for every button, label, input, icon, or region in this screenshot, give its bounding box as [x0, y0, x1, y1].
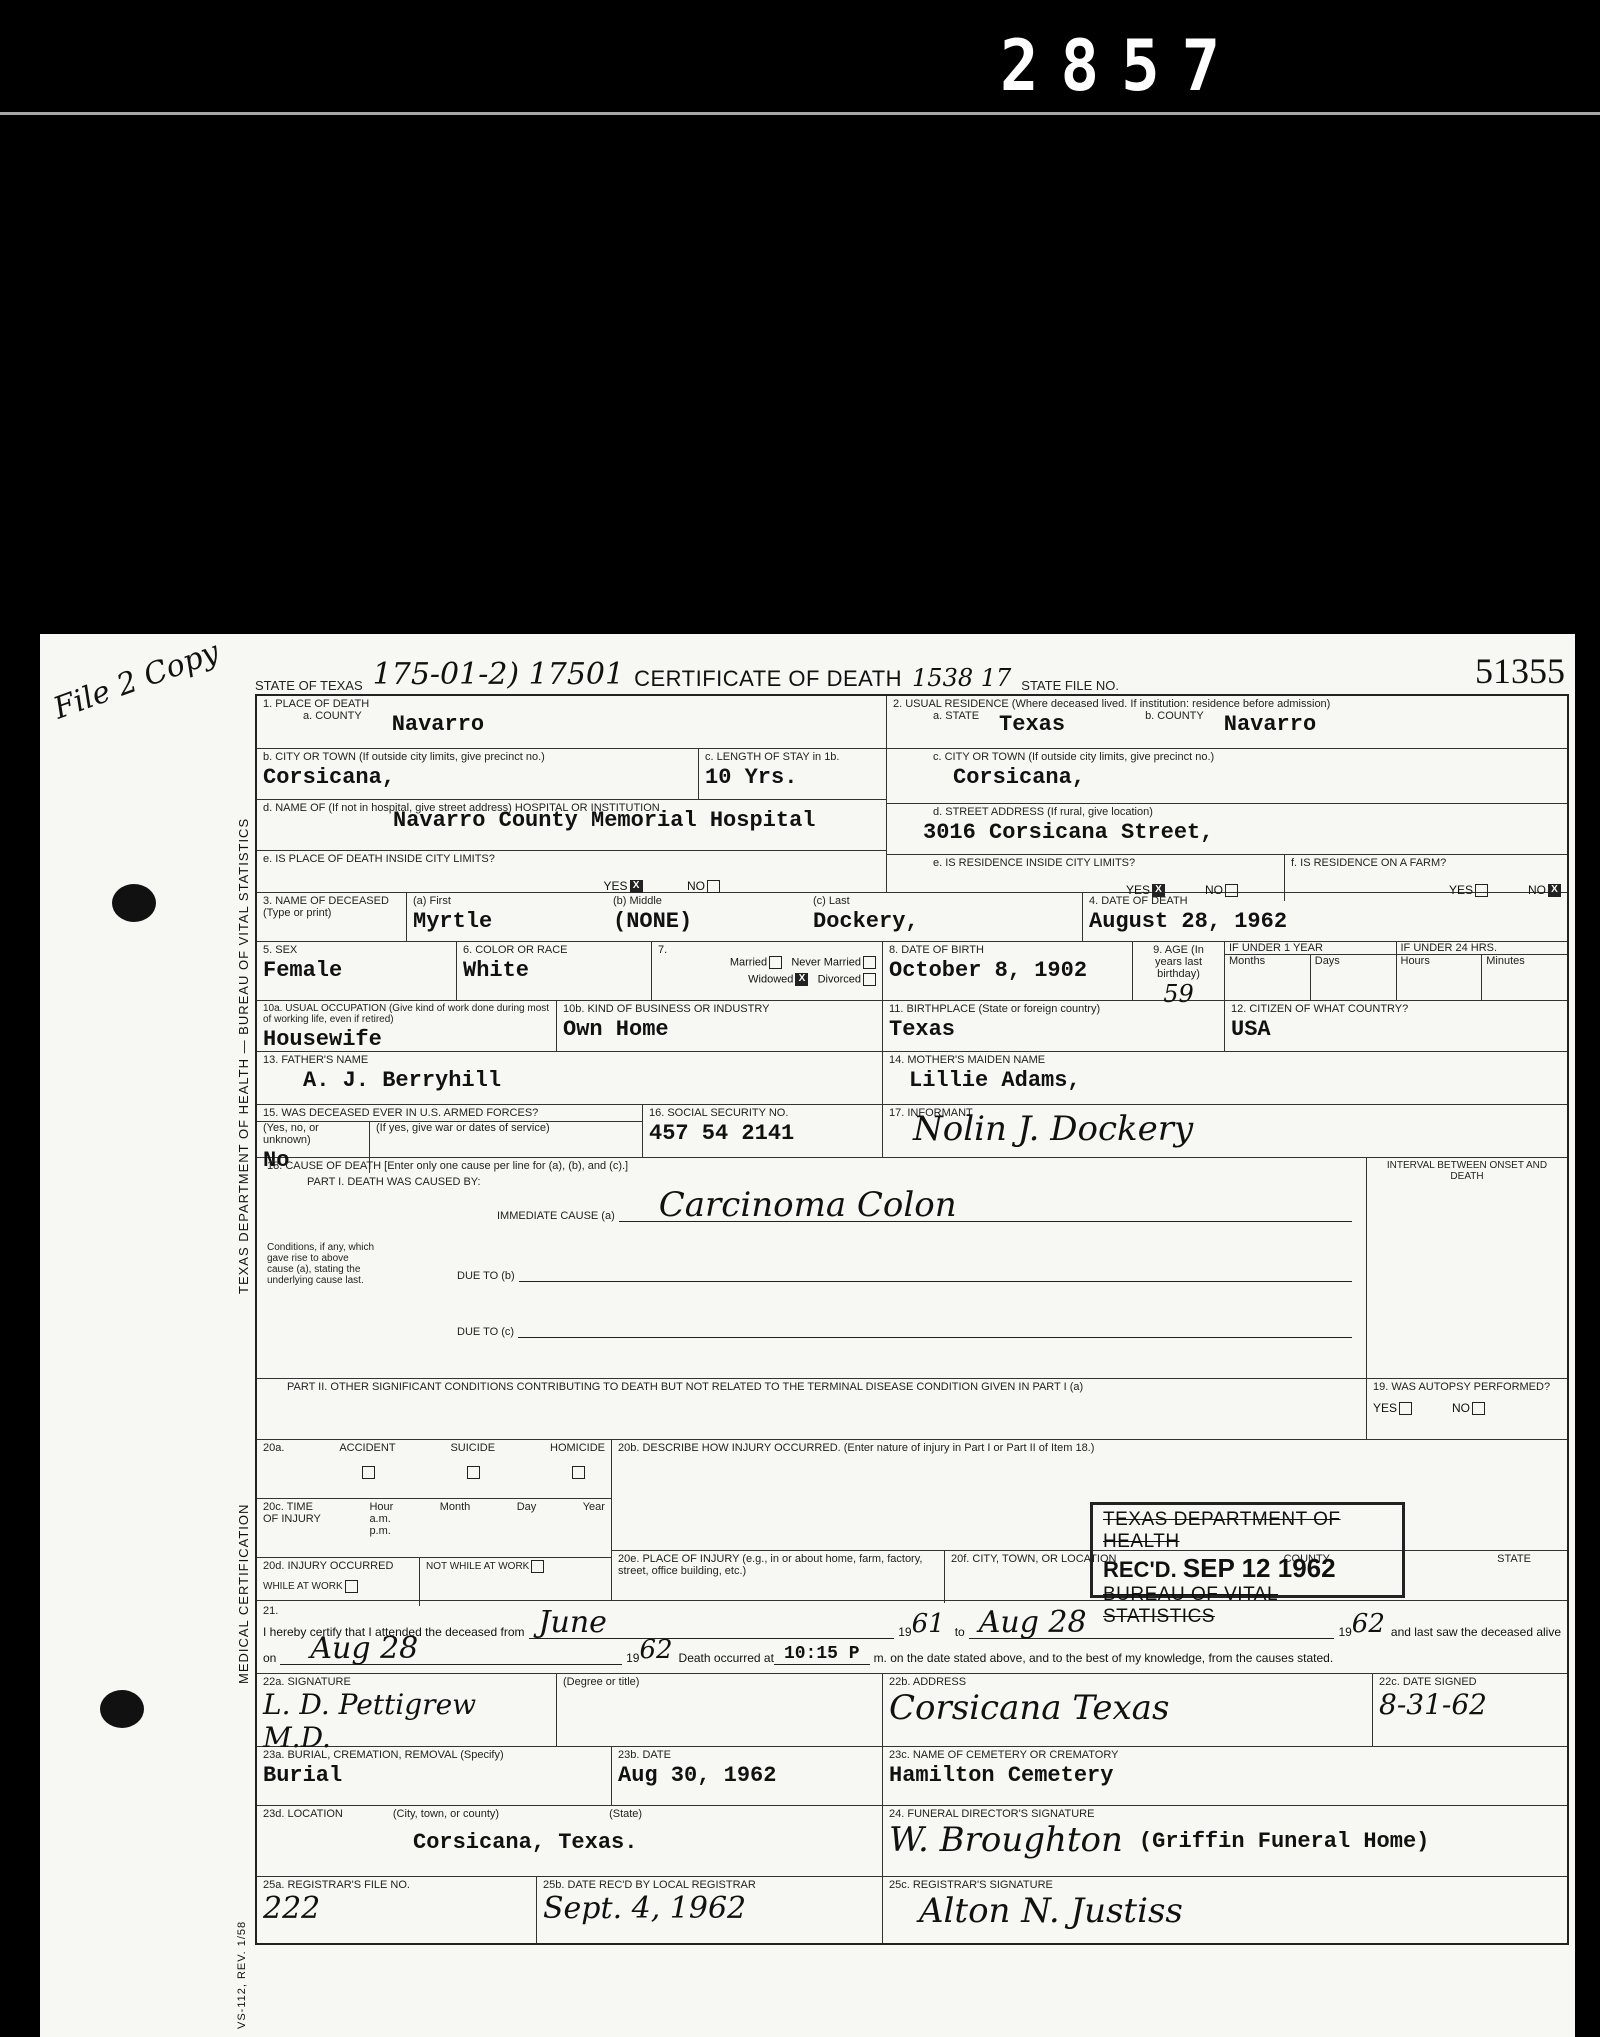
age-label: 9. AGE (In years last birthday) — [1139, 944, 1218, 980]
burial-type: Burial — [263, 1763, 605, 1788]
residence-state: Texas — [999, 712, 1065, 737]
armed-forces-label: 15. WAS DECEASED EVER IN U.S. ARMED FORC… — [257, 1105, 642, 1122]
hospital-name: Navarro County Memorial Hospital — [393, 808, 880, 833]
occupation-label: 10a. USUAL OCCUPATION (Give kind of work… — [263, 1003, 550, 1025]
inside-no-option[interactable]: NO — [687, 879, 720, 893]
citizen-label: 12. CITIZEN OF WHAT COUNTRY? — [1231, 1003, 1561, 1015]
certify-text-3: m. on the date stated above, and to the … — [874, 1651, 1334, 1665]
inside-city-label: e. IS PLACE OF DEATH INSIDE CITY LIMITS? — [263, 853, 880, 865]
last-label: (c) Last — [813, 895, 1076, 907]
widowed-option[interactable]: Widowed — [748, 973, 793, 985]
street-label: d. STREET ADDRESS (If rural, give locati… — [933, 806, 1561, 818]
certificate-form: 1. PLACE OF DEATH a. COUNTYNavarro b. CI… — [255, 694, 1569, 1945]
race-label: 6. COLOR OR RACE — [463, 944, 645, 956]
year-prefix: 19 — [626, 1651, 639, 1665]
death-time: 10:15 P — [774, 1644, 870, 1665]
ssn-label: 16. SOCIAL SECURITY NO. — [649, 1107, 876, 1119]
form-code: VS-112, REV. 1/58 — [236, 1921, 248, 2029]
middle-label: (b) Middle — [613, 895, 801, 907]
registrar-file-number: 222 — [263, 1891, 320, 1926]
place-of-death-section: 1. PLACE OF DEATH a. COUNTYNavarro b. CI… — [257, 696, 887, 892]
handwritten-codes-left: 175-01-2) 17501 — [373, 657, 624, 692]
location-state-label: (State) — [609, 1808, 642, 1820]
due-to-b-field[interactable] — [519, 1281, 1352, 1282]
accident-label: ACCIDENT — [339, 1442, 395, 1454]
on-label: on — [263, 1651, 276, 1665]
months-label: Months — [1225, 955, 1311, 1000]
occupation-value: Housewife — [263, 1027, 550, 1052]
date-of-birth: October 8, 1902 — [889, 958, 1126, 983]
punch-hole-icon — [100, 1690, 144, 1728]
length-of-stay: 10 Yrs. — [705, 765, 880, 790]
death-certificate: File 2 Copy TEXAS DEPARTMENT OF HEALTH —… — [40, 634, 1575, 2037]
location-city-label: (City, town, or county) — [393, 1808, 499, 1820]
dod-label: 4. DATE OF DEATH — [1089, 895, 1561, 907]
registrar-file-label: 25a. REGISTRAR'S FILE NO. — [263, 1879, 530, 1891]
pm-label: p.m. — [369, 1525, 390, 1537]
business-label: 10b. KIND OF BUSINESS OR INDUSTRY — [563, 1003, 876, 1015]
registrar-date-label: 25b. DATE REC'D BY LOCAL REGISTRAR — [543, 1879, 876, 1891]
while-at-work-checkbox[interactable] — [345, 1580, 358, 1593]
dob-label: 8. DATE OF BIRTH — [889, 944, 1126, 956]
date-signed-label: 22c. DATE SIGNED — [1379, 1676, 1561, 1688]
father-name: A. J. Berryhill — [303, 1068, 876, 1093]
business-value: Own Home — [563, 1017, 876, 1042]
time-of-injury-label: 20c. TIME OF INJURY — [263, 1501, 323, 1555]
county-label: b. COUNTY — [1145, 710, 1204, 737]
hours-label: Hours — [1397, 955, 1483, 1000]
burial-location: Corsicana, Texas. — [413, 1830, 876, 1855]
death-city: Corsicana, — [263, 765, 692, 790]
armed-yn-label: (Yes, no, or unknown) — [263, 1122, 363, 1146]
date-of-death: August 28, 1962 — [1089, 909, 1561, 934]
stamp-bureau: BUREAU OF VITAL STATISTICS — [1103, 1584, 1392, 1628]
funeral-director-label: 24. FUNERAL DIRECTOR'S SIGNATURE — [889, 1808, 1561, 1820]
state-file-label: STATE FILE NO. — [1021, 680, 1119, 692]
injury-occurred-label: 20d. INJURY OCCURRED — [263, 1560, 413, 1572]
social-security-number: 457 54 2141 — [649, 1121, 876, 1146]
to-label: to — [955, 1625, 965, 1639]
vertical-medical-label: MEDICAL CERTIFICATION — [236, 1504, 251, 1684]
burial-type-label: 23a. BURIAL, CREMATION, REMOVAL (Specify… — [263, 1749, 605, 1761]
day-label: Day — [517, 1501, 537, 1555]
suicide-label: SUICIDE — [450, 1442, 495, 1454]
suicide-checkbox[interactable] — [467, 1466, 480, 1479]
mother-maiden-name: Lillie Adams, — [909, 1068, 1561, 1093]
page-title: CERTIFICATE OF DEATH — [634, 666, 902, 692]
residence-city: Corsicana, — [953, 765, 1561, 790]
handwritten-codes-right: 1538 17 — [912, 664, 1011, 692]
cemetery-name: Hamilton Cemetery — [889, 1763, 1561, 1788]
mother-label: 14. MOTHER'S MAIDEN NAME — [889, 1054, 1561, 1066]
cemetery-label: 23c. NAME OF CEMETERY OR CREMATORY — [889, 1749, 1561, 1761]
city-label: b. CITY OR TOWN (If outside city limits,… — [263, 751, 692, 763]
citizen-value: USA — [1231, 1017, 1561, 1042]
city-label: c. CITY OR TOWN (If outside city limits,… — [933, 751, 1561, 763]
days-label: Days — [1311, 955, 1397, 1000]
vertical-department-label: TEXAS DEPARTMENT OF HEALTH — BUREAU OF V… — [236, 818, 251, 1294]
homicide-checkbox[interactable] — [572, 1466, 585, 1479]
registrar-signature-label: 25c. REGISTRAR'S SIGNATURE — [889, 1879, 1561, 1891]
stay-label: c. LENGTH OF STAY in 1b. — [705, 751, 880, 763]
sex-label: 5. SEX — [263, 944, 450, 956]
funeral-home: (Griffin Funeral Home) — [1139, 1829, 1429, 1854]
punch-hole-icon — [112, 884, 156, 922]
injury-state-label: STATE — [1497, 1553, 1531, 1601]
first-label: (a) First — [413, 895, 601, 907]
name-label: 3. NAME OF DECEASED (Type or print) — [263, 895, 400, 919]
stamp-recd-label: REC'D. — [1103, 1557, 1177, 1582]
residence-street: 3016 Corsicana Street, — [923, 820, 1561, 845]
due-to-c-label: DUE TO (c) — [457, 1326, 514, 1338]
not-while-at-work-checkbox[interactable] — [531, 1560, 544, 1573]
last-seen-year: 62 — [639, 1635, 672, 1665]
immediate-cause-value: Carcinoma Colon — [659, 1185, 957, 1225]
father-label: 13. FATHER'S NAME — [263, 1054, 876, 1066]
county-label: a. COUNTY — [303, 710, 362, 737]
under-1-year-label: IF UNDER 1 YEAR — [1225, 942, 1397, 954]
scan-index-number: 2857 — [1000, 26, 1242, 107]
usual-residence-section: 2. USUAL RESIDENCE (Where deceased lived… — [887, 696, 1567, 892]
injury-type-label: 20a. — [263, 1442, 284, 1496]
degree-label: (Degree or title) — [563, 1676, 876, 1688]
farm-label: f. IS RESIDENCE ON A FARM? — [1291, 857, 1561, 869]
funeral-director-signature: W. Broughton — [889, 1820, 1123, 1860]
autopsy-yes-option[interactable]: YES — [1373, 1401, 1412, 1415]
registrar-signature: Alton N. Justiss — [919, 1891, 1183, 1931]
under-24-hrs-label: IF UNDER 24 HRS. — [1397, 942, 1568, 954]
certificate-header: STATE OF TEXAS 175-01-2) 17501 CERTIFICA… — [255, 650, 1565, 692]
death-county: Navarro — [392, 712, 484, 737]
first-name: Myrtle — [413, 909, 601, 934]
physician-signature: L. D. Pettigrew M.D. — [263, 1688, 476, 1754]
signature-label: 22a. SIGNATURE — [263, 1676, 550, 1688]
attended-from: June — [539, 1605, 607, 1640]
last-name: Dockery, — [813, 909, 1076, 934]
cause-of-death-section: 18. CAUSE OF DEATH [Enter only one cause… — [257, 1158, 1367, 1378]
address-label: 22b. ADDRESS — [889, 1676, 1366, 1688]
month-label: Month — [440, 1501, 471, 1555]
autopsy-no-option[interactable]: NO — [1452, 1401, 1485, 1415]
residence-county: Navarro — [1224, 712, 1316, 737]
am-label: a.m. — [369, 1513, 390, 1525]
res-inside-label: e. IS RESIDENCE INSIDE CITY LIMITS? — [933, 857, 1278, 869]
hour-label: Hour — [369, 1501, 393, 1513]
while-at-work-label: WHILE AT WORK — [263, 1581, 343, 1592]
burial-date: Aug 30, 1962 — [618, 1763, 876, 1788]
state-file-number: 51355 — [1475, 650, 1565, 692]
interval-label: INTERVAL BETWEEN ONSET AND DEATH — [1373, 1160, 1561, 1182]
part2-label: PART II. OTHER SIGNIFICANT CONDITIONS CO… — [287, 1381, 1336, 1393]
residence-label: 2. USUAL RESIDENCE (Where deceased lived… — [893, 698, 1561, 710]
divorced-option[interactable]: Divorced — [818, 973, 861, 985]
not-while-at-work-label: NOT WHILE AT WORK — [426, 1561, 529, 1572]
burial-date-label: 23b. DATE — [618, 1749, 876, 1761]
year-prefix: 19 — [898, 1625, 911, 1639]
race-value: White — [463, 958, 645, 983]
sex-value: Female — [263, 958, 450, 983]
date-signed: 8-31-62 — [1379, 1688, 1487, 1721]
attended-to: Aug 28 — [979, 1605, 1087, 1640]
stamp-date: SEP 12 1962 — [1183, 1553, 1336, 1583]
state-label: a. STATE — [933, 710, 979, 737]
immediate-cause-label: IMMEDIATE CAUSE (a) — [497, 1210, 615, 1222]
conditions-note: Conditions, if any, which gave rise to a… — [267, 1242, 377, 1338]
marital-label: 7. — [658, 944, 876, 956]
birthplace-value: Texas — [889, 1017, 1218, 1042]
inside-yes-option[interactable]: YESX — [604, 879, 643, 893]
physician-address: Corsicana Texas — [889, 1688, 1169, 1728]
never-married-option[interactable]: Never Married — [791, 956, 861, 968]
marital-status: 7. Married Never Married WidowedX Divorc… — [652, 942, 883, 1000]
registrar-date: Sept. 4, 1962 — [543, 1891, 746, 1926]
attended-from-year: 61 — [912, 1609, 945, 1639]
certify-text-2: and last saw the deceased alive — [1391, 1625, 1561, 1639]
homicide-label: HOMICIDE — [550, 1442, 605, 1454]
birthplace-label: 11. BIRTHPLACE (State or foreign country… — [889, 1003, 1218, 1015]
stamp-department: TEXAS DEPARTMENT OF HEALTH — [1103, 1509, 1392, 1553]
place-of-injury-label: 20e. PLACE OF INJURY (e.g., in or about … — [612, 1551, 945, 1603]
married-option[interactable]: Married — [730, 956, 767, 968]
minutes-label: Minutes — [1482, 955, 1567, 1000]
due-to-c-field[interactable] — [518, 1337, 1352, 1338]
state-label: STATE OF TEXAS — [255, 680, 363, 692]
last-seen-date: Aug 28 — [310, 1631, 418, 1666]
year-label: Year — [583, 1501, 605, 1555]
accident-checkbox[interactable] — [362, 1466, 375, 1479]
due-to-b-label: DUE TO (b) — [457, 1270, 515, 1282]
middle-name: (NONE) — [613, 909, 801, 934]
margin-handwritten-note: File 2 Copy — [49, 635, 223, 726]
place-of-death-label: 1. PLACE OF DEATH — [263, 698, 880, 710]
cause-label: 18. CAUSE OF DEATH [Enter only one cause… — [267, 1160, 1356, 1172]
death-occurred-label: Death occurred at — [679, 1651, 774, 1665]
scan-line — [0, 112, 1600, 115]
location-label: 23d. LOCATION — [263, 1808, 343, 1820]
received-stamp: TEXAS DEPARTMENT OF HEALTH REC'D. SEP 12… — [1090, 1502, 1405, 1598]
autopsy-label: 19. WAS AUTOPSY PERFORMED? — [1373, 1381, 1561, 1393]
armed-war-label: (If yes, give war or dates of service) — [376, 1122, 636, 1134]
informant-signature: Nolin J. Dockery — [913, 1109, 1193, 1149]
